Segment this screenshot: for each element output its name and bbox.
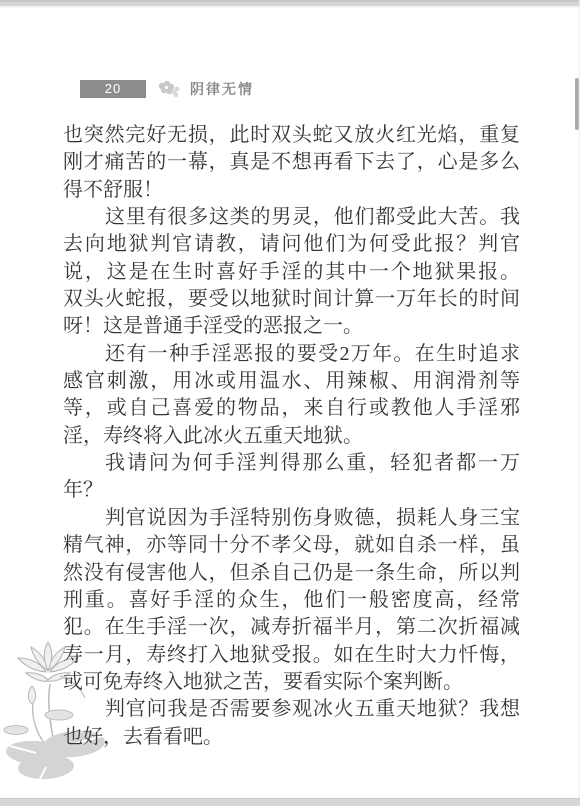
text-line: 也突然完好无损，此时双头蛇又放火红光焰，重复 bbox=[63, 122, 520, 149]
text-line: 判官说因为手淫特别伤身败德，损耗人身三宝 bbox=[63, 505, 520, 532]
text-line: 呀！这是普通手淫受的恶报之一。 bbox=[63, 313, 520, 340]
text-line: 感官刺激，用冰或用温水、用辣椒、用润滑剂等 bbox=[63, 368, 520, 395]
text-line: 得不舒服！ bbox=[63, 177, 520, 204]
text-line: 淫，寿终将入此冰火五重天地狱。 bbox=[63, 423, 520, 450]
header-flower-icon bbox=[155, 79, 181, 99]
text-line: 还有一种手淫恶报的要受2万年。在生时追求 bbox=[63, 341, 520, 368]
page-header: 20 阴律无情 bbox=[80, 79, 254, 99]
text-line: 判官问我是否需要参观冰火五重天地狱？我想 bbox=[63, 696, 520, 723]
text-line: 或可免寿终入地狱之苦，要看实际个案判断。 bbox=[63, 669, 520, 696]
text-line: 犯。在生手淫一次，减寿折福半月，第二次折福减 bbox=[63, 614, 520, 641]
photo-edge-top bbox=[0, 0, 580, 6]
text-line: 也好，去看看吧。 bbox=[63, 724, 520, 751]
book-title: 阴律无情 bbox=[190, 79, 254, 99]
page-number: 20 bbox=[105, 81, 121, 96]
text-line: 去向地狱判官请教，请问他们为何受此报？判官 bbox=[63, 231, 520, 258]
text-line: 说，这是在生时喜好手淫的其中一个地狱果报。 bbox=[63, 259, 520, 286]
text-line: 刑重。喜好手淫的众生，他们一般密度高，经常 bbox=[63, 587, 520, 614]
text-line: 然没有侵害他人，但杀自己仍是一条生命，所以判 bbox=[63, 560, 520, 587]
photo-edge-bottom bbox=[0, 798, 580, 806]
text-line: 这里有很多这类的男灵，他们都受此大苦。我 bbox=[63, 204, 520, 231]
body-text: 也突然完好无损，此时双头蛇又放火红光焰，重复刚才痛苦的一幕，真是不想再看下去了，… bbox=[63, 122, 520, 751]
text-line: 寿一月，寿终打入地狱受报。如在生时大力忏悔， bbox=[63, 642, 520, 669]
text-line: 我请问为何手淫判得那么重，轻犯者都一万 bbox=[63, 450, 520, 477]
text-line: 年？ bbox=[63, 477, 520, 504]
text-line: 双头火蛇报，要受以地狱时间计算一万年长的时间 bbox=[63, 286, 520, 313]
page-number-badge: 20 bbox=[80, 80, 146, 98]
text-line: 精气神，亦等同十分不孝父母，就如自杀一样，虽 bbox=[63, 532, 520, 559]
text-line: 等，或自己喜爱的物品，来自行或教他人手淫邪 bbox=[63, 395, 520, 422]
text-line: 刚才痛苦的一幕，真是不想再看下去了，心是多么 bbox=[63, 149, 520, 176]
book-page: 20 阴律无情 也突然完好无损，此时双头蛇又放火红光焰，重复刚才痛苦的一幕，真是… bbox=[0, 0, 580, 806]
